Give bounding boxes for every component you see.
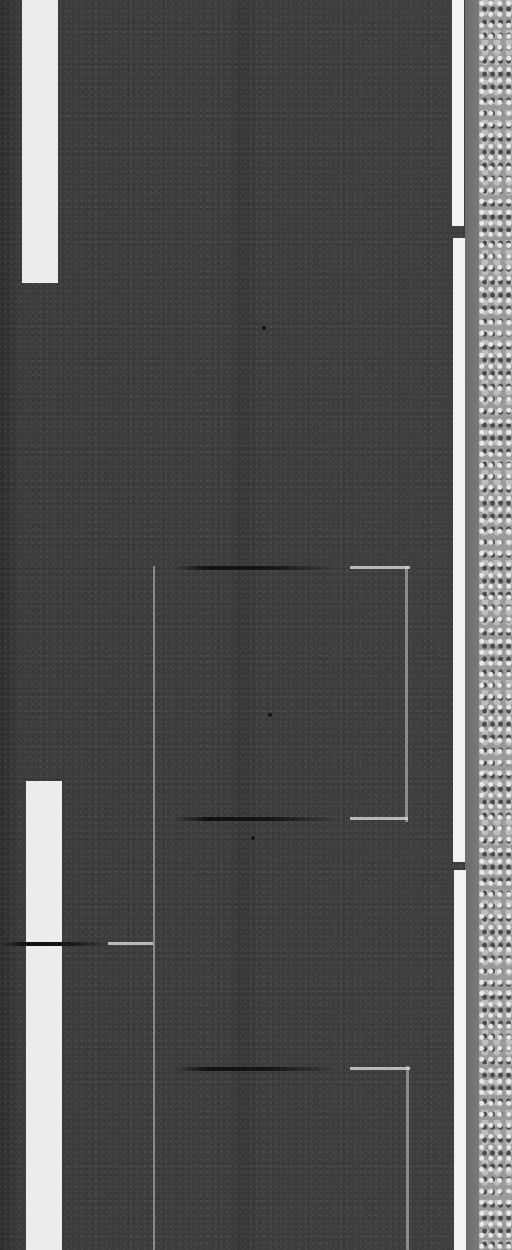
rect-2-right-edge <box>406 1066 409 1250</box>
road-scene <box>0 0 512 1250</box>
asphalt-lane <box>0 0 465 1250</box>
oil-spot-2 <box>268 713 272 717</box>
right-edge-line-2 <box>453 238 465 862</box>
skid-mark-1 <box>175 566 335 570</box>
gravel-verge <box>479 0 512 1250</box>
skid-mark-3 <box>0 942 110 946</box>
rect-1-right-edge <box>405 566 408 822</box>
paint-line-4 <box>350 1067 410 1070</box>
left-lane-marking-top <box>22 0 58 283</box>
right-edge-line-3 <box>454 870 466 1250</box>
paint-line-2 <box>350 817 408 820</box>
road-shoulder <box>465 0 479 1250</box>
skid-mark-2 <box>175 817 335 821</box>
rect-1-left-edge <box>153 566 155 1250</box>
oil-spot-3 <box>251 836 255 840</box>
skid-mark-4 <box>175 1067 335 1071</box>
left-lane-marking-bottom <box>26 781 62 1250</box>
right-edge-line-1 <box>452 0 464 226</box>
paint-line-3 <box>108 942 153 945</box>
oil-spot-1 <box>262 326 266 330</box>
paint-line-1 <box>350 566 410 569</box>
